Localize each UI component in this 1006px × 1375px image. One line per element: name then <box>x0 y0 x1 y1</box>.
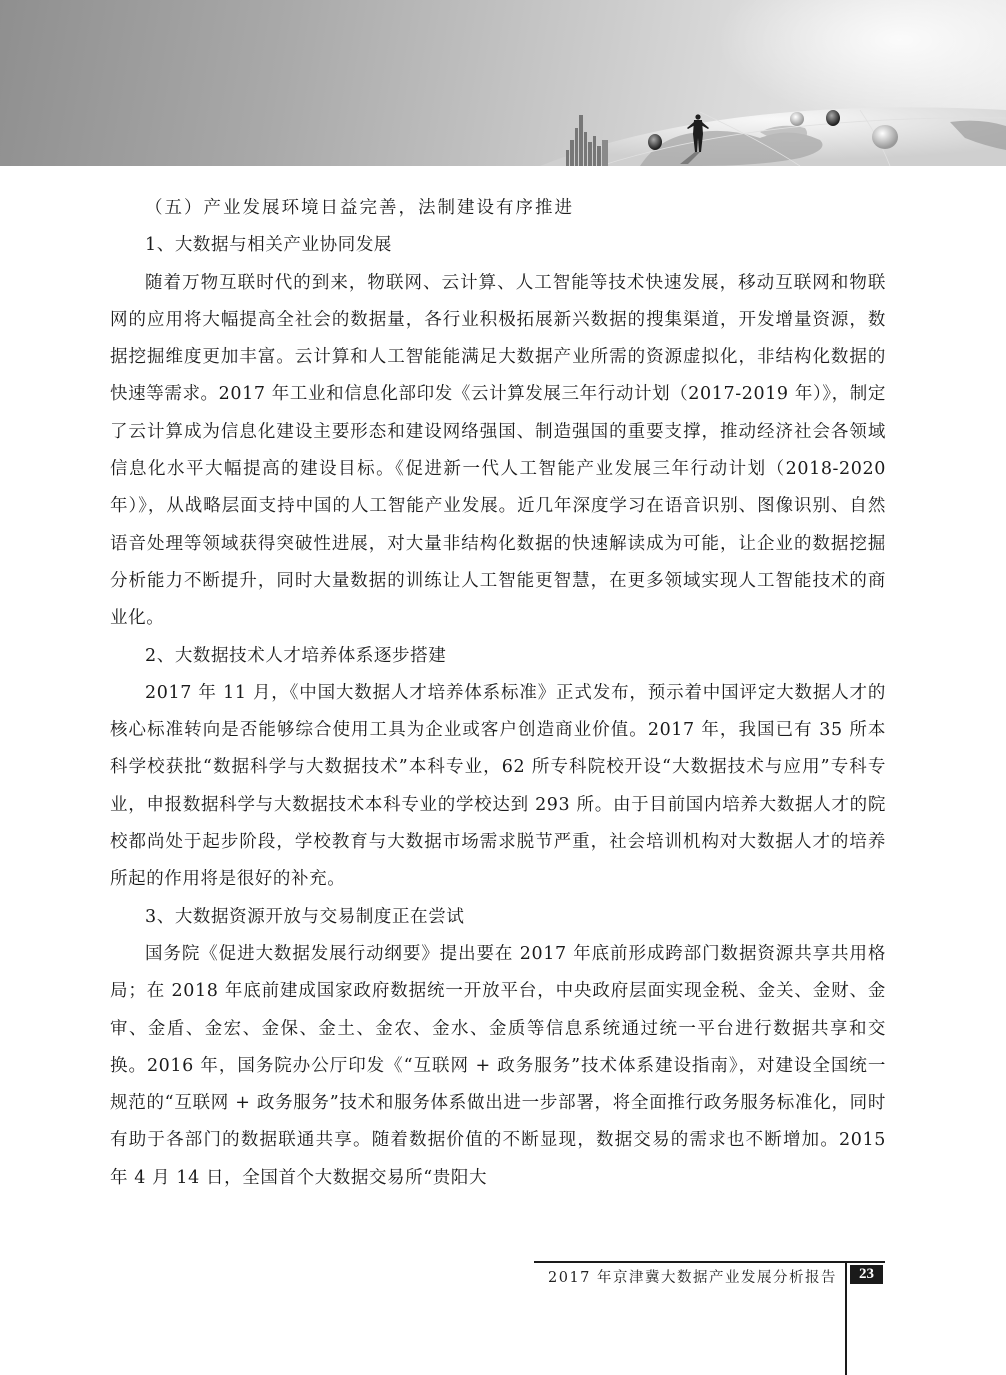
footer-divider <box>534 1261 885 1263</box>
subsection-title: 1、大数据与相关产业协同发展 <box>110 227 886 264</box>
section-heading: （五）产业发展环境日益完善，法制建设有序推进 <box>110 190 886 227</box>
subsection-title: 3、大数据资源开放与交易制度正在尝试 <box>110 899 886 936</box>
paragraph: 国务院《促进大数据发展行动纲要》提出要在 2017 年底前形成跨部门数据资源共享… <box>110 936 886 1197</box>
document-body: （五）产业发展环境日益完善，法制建设有序推进 1、大数据与相关产业协同发展 随着… <box>110 190 886 1197</box>
paragraph: 2017 年 11 月，《中国大数据人才培养体系标准》正式发布，预示着中国评定大… <box>110 675 886 899</box>
footer-report-title: 2017 年京津冀大数据产业发展分析报告 <box>548 1266 837 1287</box>
footer-vertical-divider <box>845 1261 847 1375</box>
header-banner-image <box>0 0 1006 166</box>
page-number-badge: 23 <box>850 1265 883 1284</box>
globe-illustration-icon <box>0 0 1006 166</box>
paragraph: 随着万物互联时代的到来，物联网、云计算、人工智能等技术快速发展，移动互联网和物联… <box>110 265 886 638</box>
subsection-title: 2、大数据技术人才培养体系逐步搭建 <box>110 638 886 675</box>
